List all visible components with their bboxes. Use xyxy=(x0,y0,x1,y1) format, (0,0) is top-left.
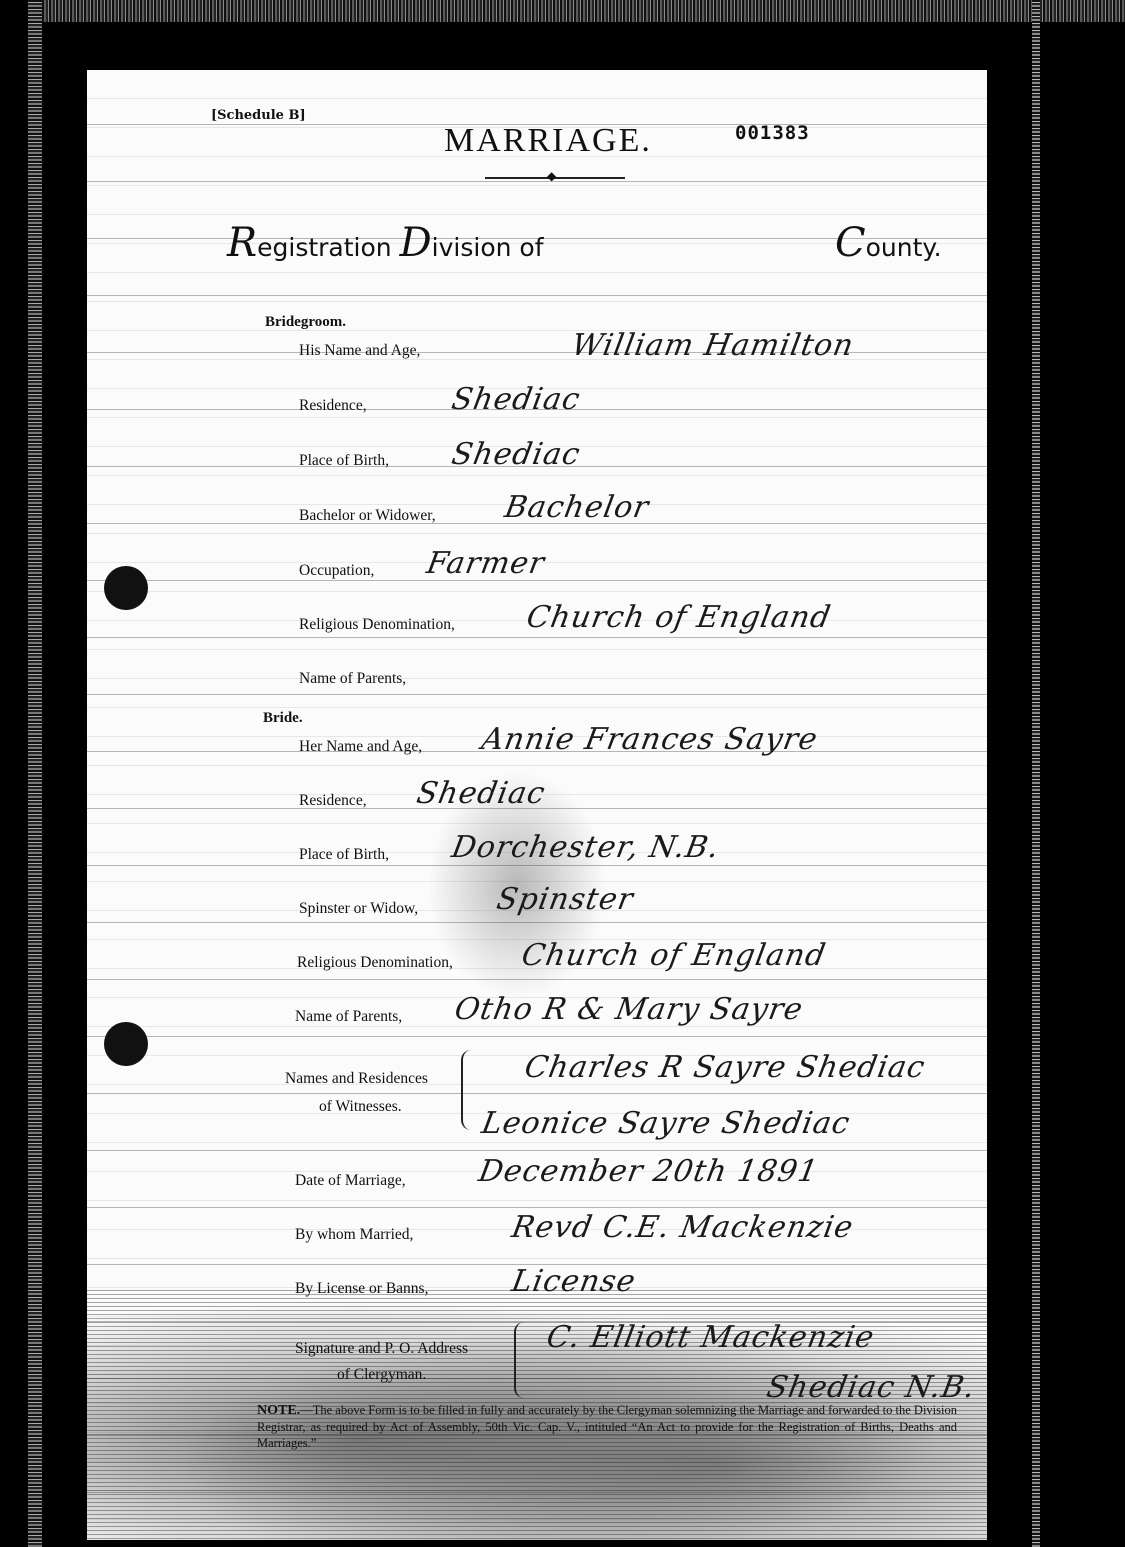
brace-icon xyxy=(514,1322,526,1398)
field-label: Name of Parents, xyxy=(299,670,406,688)
bridegroom-section-label: Bridegroom. xyxy=(265,314,346,331)
film-border-top xyxy=(30,0,1125,22)
groom-residence-value: Shediac xyxy=(449,382,583,417)
initial-c: C xyxy=(835,220,866,266)
marriage-date-value: December 20th 1891 xyxy=(476,1154,821,1189)
initial-r: R xyxy=(227,220,257,266)
field-label: Place of Birth, xyxy=(299,452,389,470)
clergyman-label: Signature and P. O. Address xyxy=(295,1340,468,1358)
punch-hole-icon xyxy=(104,1022,148,1066)
heading-text: ivision of xyxy=(432,233,544,262)
form-note: NOTE.—The above Form is to be filled in … xyxy=(257,1402,957,1451)
groom-birthplace-value: Shediac xyxy=(449,437,583,472)
bride-marital-status-value: Spinster xyxy=(494,882,636,917)
field-label: Religious Denomination, xyxy=(297,954,453,972)
schedule-label: [Schedule B] xyxy=(211,108,306,123)
heading-text: egistration xyxy=(257,233,399,262)
clergyman-signature-value: C. Elliott Mackenzie xyxy=(544,1320,877,1355)
field-label: Name of Parents, xyxy=(295,1008,402,1026)
marriage-record-page: [Schedule B] MARRIAGE. 001383 Registrati… xyxy=(87,70,987,1540)
groom-occupation-value: Farmer xyxy=(424,546,548,581)
clergyman-label: of Clergyman. xyxy=(337,1366,426,1384)
serial-number: 001383 xyxy=(735,122,810,144)
bride-residence-value: Shediac xyxy=(414,776,548,811)
bride-name-value: Annie Frances Sayre xyxy=(479,722,821,757)
witness-2-value: Leonice Sayre Shediac xyxy=(479,1106,853,1141)
bride-birthplace-value: Dorchester, N.B. xyxy=(449,830,722,865)
film-border-left xyxy=(28,0,42,1547)
field-label: By whom Married, xyxy=(295,1226,413,1244)
groom-name-value: William Hamilton xyxy=(569,328,857,363)
ornament-divider-icon xyxy=(485,177,625,179)
field-label: Religious Denomination, xyxy=(299,616,455,634)
witnesses-label: Names and Residences xyxy=(285,1070,428,1088)
heading-text: ounty. xyxy=(866,233,942,262)
witness-1-value: Charles R Sayre Shediac xyxy=(522,1050,928,1085)
note-lead: NOTE. xyxy=(257,1403,300,1418)
county-heading: County. xyxy=(835,220,942,266)
witnesses-label: of Witnesses. xyxy=(319,1098,402,1116)
license-value: License xyxy=(509,1264,639,1299)
field-label: His Name and Age, xyxy=(299,342,420,360)
page-title: MARRIAGE. xyxy=(444,122,652,160)
field-label: Bachelor or Widower, xyxy=(299,507,436,525)
field-label: By License or Banns, xyxy=(295,1280,428,1298)
bride-religion-value: Church of England xyxy=(519,938,829,973)
field-label: Place of Birth, xyxy=(299,846,389,864)
initial-d: D xyxy=(400,220,432,266)
field-label: Date of Marriage, xyxy=(295,1172,406,1190)
field-label: Residence, xyxy=(299,792,367,810)
field-label: Spinster or Widow, xyxy=(299,900,418,918)
brace-icon xyxy=(461,1050,473,1130)
field-label: Residence, xyxy=(299,397,367,415)
groom-marital-status-value: Bachelor xyxy=(502,490,652,525)
registration-division-heading: Registration Division of xyxy=(227,220,544,266)
film-border-right xyxy=(1032,0,1040,1547)
field-label: Her Name and Age, xyxy=(299,738,422,756)
field-label: Occupation, xyxy=(299,562,374,580)
clergyman-address-value: Shediac N.B. xyxy=(764,1370,978,1405)
officiant-value: Revd C.E. Mackenzie xyxy=(509,1210,856,1245)
note-text: —The above Form is to be filled in fully… xyxy=(257,1403,957,1450)
punch-hole-icon xyxy=(104,566,148,610)
bride-section-label: Bride. xyxy=(263,710,303,727)
bride-parents-value: Otho R & Mary Sayre xyxy=(452,992,806,1027)
groom-religion-value: Church of England xyxy=(524,600,834,635)
